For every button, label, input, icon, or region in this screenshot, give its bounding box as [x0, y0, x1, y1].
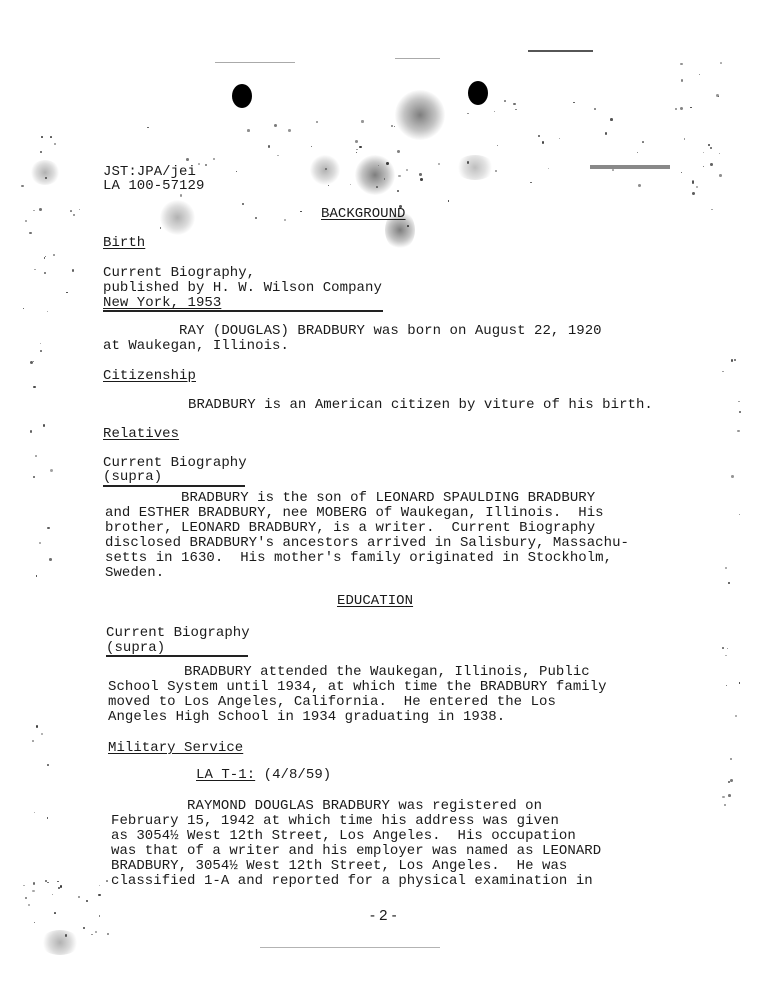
speck [726, 685, 727, 686]
page-number: - 2 - [370, 907, 397, 924]
military-body-line: was that of a writer and his employer wa… [111, 844, 601, 859]
speck [21, 185, 23, 187]
speck [35, 455, 37, 457]
speck [328, 185, 329, 186]
scan-artifact [215, 62, 295, 63]
speck [419, 173, 422, 176]
speck [98, 894, 100, 896]
speck [515, 109, 516, 110]
speck [83, 927, 85, 929]
relatives-body-line: setts in 1630. His mother's family origi… [105, 551, 612, 566]
birth-source-line: Current Biography, [103, 266, 255, 281]
speck [378, 165, 379, 166]
education-source-line: (supra) [106, 641, 165, 656]
scan-artifact [528, 50, 593, 52]
military-body-line: BRADBURY, 3054½ West 12th Street, Los An… [111, 859, 567, 874]
speck [33, 386, 35, 388]
speck [39, 542, 41, 544]
speck [739, 514, 740, 515]
scan-smudge [395, 90, 445, 140]
speck [29, 232, 31, 234]
speck [325, 168, 327, 170]
speck [47, 882, 48, 883]
military-body-line: February 15, 1942 at which time his addr… [111, 814, 559, 829]
speck [50, 136, 52, 138]
speck [573, 102, 575, 104]
speck [78, 896, 80, 898]
speck [538, 135, 541, 138]
speck [692, 181, 694, 183]
speck [25, 220, 27, 222]
speck [70, 210, 72, 212]
speck [497, 145, 498, 146]
speck [728, 582, 730, 584]
speck [728, 794, 731, 797]
speck [205, 164, 207, 166]
military-body-line: as 3054½ West 12th Street, Los Angeles. … [111, 829, 576, 844]
birth-body-line: RAY (DOUGLAS) BRADBURY was born on Augus… [103, 324, 602, 339]
speck [95, 931, 97, 933]
speck [406, 169, 408, 171]
speck [448, 200, 450, 202]
speck [147, 127, 149, 129]
speck [33, 882, 35, 884]
speck [284, 219, 286, 221]
education-body-line: moved to Los Angeles, California. He ent… [108, 695, 556, 710]
speck [725, 655, 727, 657]
speck [33, 476, 34, 477]
speck [394, 126, 396, 128]
speck [47, 817, 48, 818]
birth-source-line: published by H. W. Wilson Company [103, 281, 382, 296]
speck [47, 527, 49, 529]
speck [30, 430, 32, 432]
relatives-body-line: brother, LEONARD BRADBURY, is a writer. … [105, 521, 595, 536]
speck [36, 575, 37, 576]
speck [703, 166, 704, 167]
speck [213, 158, 215, 160]
military-body-line: RAYMOND DOUGLAS BRADBURY was registered … [111, 799, 542, 814]
speck [198, 163, 200, 165]
speck [690, 107, 692, 109]
speck [54, 912, 56, 914]
speck [722, 796, 725, 799]
speck [53, 254, 55, 256]
speck [255, 217, 257, 219]
speck [734, 359, 737, 362]
speck [542, 141, 544, 143]
birth-body-line: at Waukegan, Illinois. [103, 339, 289, 354]
speck [311, 146, 312, 147]
speck [160, 227, 162, 229]
speck [638, 184, 641, 187]
speck [397, 150, 400, 153]
speck [724, 804, 726, 806]
speck [44, 257, 45, 258]
speck [91, 934, 92, 935]
speck [399, 205, 402, 208]
speck [41, 136, 43, 138]
speck [33, 361, 34, 362]
speck [32, 890, 35, 893]
speck [739, 682, 741, 684]
speck [50, 469, 53, 472]
speck [36, 725, 39, 728]
speck [28, 904, 30, 906]
speck [300, 211, 301, 212]
speck [355, 140, 358, 143]
speck [530, 182, 532, 184]
speck [692, 192, 695, 195]
punch-hole-left [232, 84, 252, 108]
speck [47, 764, 49, 766]
speck [73, 214, 74, 215]
speck [34, 922, 35, 923]
speck [34, 812, 35, 813]
scan-smudge [355, 155, 395, 195]
scan-artifact [260, 947, 440, 948]
speck [47, 311, 48, 312]
speck [23, 885, 24, 886]
speck [637, 152, 638, 153]
speck [612, 169, 614, 171]
speck [40, 151, 42, 153]
speck [99, 885, 100, 886]
speck [58, 887, 60, 889]
speck [356, 152, 357, 153]
speck [391, 125, 393, 127]
speck [107, 933, 109, 935]
speck [710, 147, 712, 149]
speck [57, 881, 59, 883]
relatives-body-line: and ESTHER BRADBURY, nee MOBERG of Wauke… [105, 506, 604, 521]
source-underline [103, 310, 383, 312]
speck [727, 648, 728, 649]
education-body-line: Angeles High School in 1934 graduating i… [108, 710, 505, 725]
speck [504, 100, 506, 102]
speck [467, 113, 468, 114]
speck [719, 174, 722, 177]
speck [236, 171, 237, 172]
scan-smudge [30, 160, 60, 185]
speck [513, 103, 515, 105]
speck [722, 647, 724, 649]
speck [737, 430, 739, 432]
scan-artifact [395, 58, 440, 59]
speck [642, 141, 644, 143]
speck [699, 74, 701, 76]
informant-date: (4/8/59) [255, 767, 331, 783]
scan-smudge [455, 155, 495, 180]
section-title-background: BACKGROUND [321, 207, 406, 222]
speck [684, 138, 686, 140]
speck [44, 272, 46, 274]
speck [710, 163, 713, 166]
heading-citizenship: Citizenship [103, 369, 196, 384]
speck [735, 715, 738, 718]
speck [39, 208, 42, 211]
document-page: JST:JPA/jei LA 100-57129 BACKGROUND Birt… [0, 0, 768, 994]
speck [398, 175, 401, 178]
speck [397, 190, 399, 192]
speck [548, 168, 549, 169]
speck [41, 733, 43, 735]
scan-smudge [310, 155, 340, 185]
informant-label: LA T-1: [196, 767, 255, 783]
speck [681, 172, 682, 173]
heading-relatives: Relatives [103, 427, 179, 442]
military-source: LA T-1: (4/8/59) [196, 768, 331, 783]
speck [731, 359, 733, 361]
speck [730, 758, 732, 760]
punch-hole-right [468, 81, 488, 105]
speck [268, 145, 270, 147]
speck [725, 567, 727, 569]
speck [739, 411, 741, 413]
education-body-line: School System until 1934, at which time … [108, 680, 607, 695]
speck [40, 343, 41, 344]
speck [274, 124, 277, 127]
speck [420, 178, 423, 181]
speck [703, 152, 704, 153]
speck [359, 146, 361, 148]
speck [25, 897, 27, 899]
relatives-source-line: (supra) [103, 470, 162, 485]
speck [180, 194, 182, 196]
speck [52, 894, 53, 895]
speck [242, 203, 244, 205]
speck [494, 111, 495, 112]
speck [33, 210, 34, 211]
speck [34, 269, 36, 271]
speck [40, 350, 42, 352]
speck [49, 558, 52, 561]
speck [738, 401, 740, 403]
speck [54, 143, 56, 145]
speck [99, 915, 101, 917]
scan-smudge [40, 930, 80, 955]
relatives-body-line: disclosed BRADBURY's ancestors arrived i… [105, 536, 629, 551]
speck [30, 361, 33, 364]
speck [106, 880, 108, 882]
speck [45, 177, 47, 179]
speck [186, 158, 189, 161]
speck [247, 129, 250, 132]
speck [23, 308, 24, 309]
speck [66, 292, 68, 294]
speck [350, 184, 351, 185]
speck [719, 153, 720, 154]
citizenship-body-line: BRADBURY is an American citizen by vitur… [112, 398, 653, 413]
scan-artifact [590, 165, 670, 169]
speck [438, 163, 440, 165]
speck [65, 934, 67, 936]
speck [384, 178, 385, 179]
speck [32, 740, 34, 742]
relatives-body-line: Sweden. [105, 566, 164, 581]
speck [716, 94, 719, 97]
speck [708, 144, 710, 146]
speck [696, 186, 698, 188]
speck [43, 424, 45, 426]
speck [559, 138, 560, 139]
speck [60, 885, 62, 887]
military-body-line: classified 1-A and reported for a physic… [111, 874, 593, 889]
speck [288, 129, 291, 132]
speck [680, 107, 683, 110]
speck [361, 120, 363, 122]
speck [605, 132, 608, 135]
speck [594, 108, 596, 110]
source-underline [106, 655, 248, 657]
relatives-body-line: BRADBURY is the son of LEONARD SPAULDING… [105, 491, 595, 506]
speck [72, 269, 75, 272]
speck [376, 186, 378, 188]
heading-birth: Birth [103, 236, 145, 251]
speck [316, 121, 318, 123]
file-number: LA 100-57129 [103, 179, 204, 194]
education-body-line: BRADBURY attended the Waukegan, Illinois… [108, 665, 590, 680]
speck [86, 900, 88, 902]
education-source-line: Current Biography [106, 626, 250, 641]
speck [356, 149, 358, 151]
speck [79, 209, 80, 210]
section-title-education: EDUCATION [337, 594, 413, 609]
speck [329, 214, 330, 215]
speck [277, 155, 278, 156]
source-underline [103, 485, 245, 487]
speck [730, 779, 733, 782]
birth-source-line: New York, 1953 [103, 296, 221, 311]
speck [711, 209, 712, 210]
speck [681, 79, 683, 81]
speck [731, 475, 734, 478]
speck [675, 108, 677, 110]
speck [495, 170, 497, 172]
speck [610, 118, 613, 121]
scan-smudge [160, 200, 195, 235]
speck [720, 62, 722, 64]
speck [680, 63, 682, 65]
speck [722, 371, 724, 373]
heading-military-service: Military Service [108, 741, 243, 756]
